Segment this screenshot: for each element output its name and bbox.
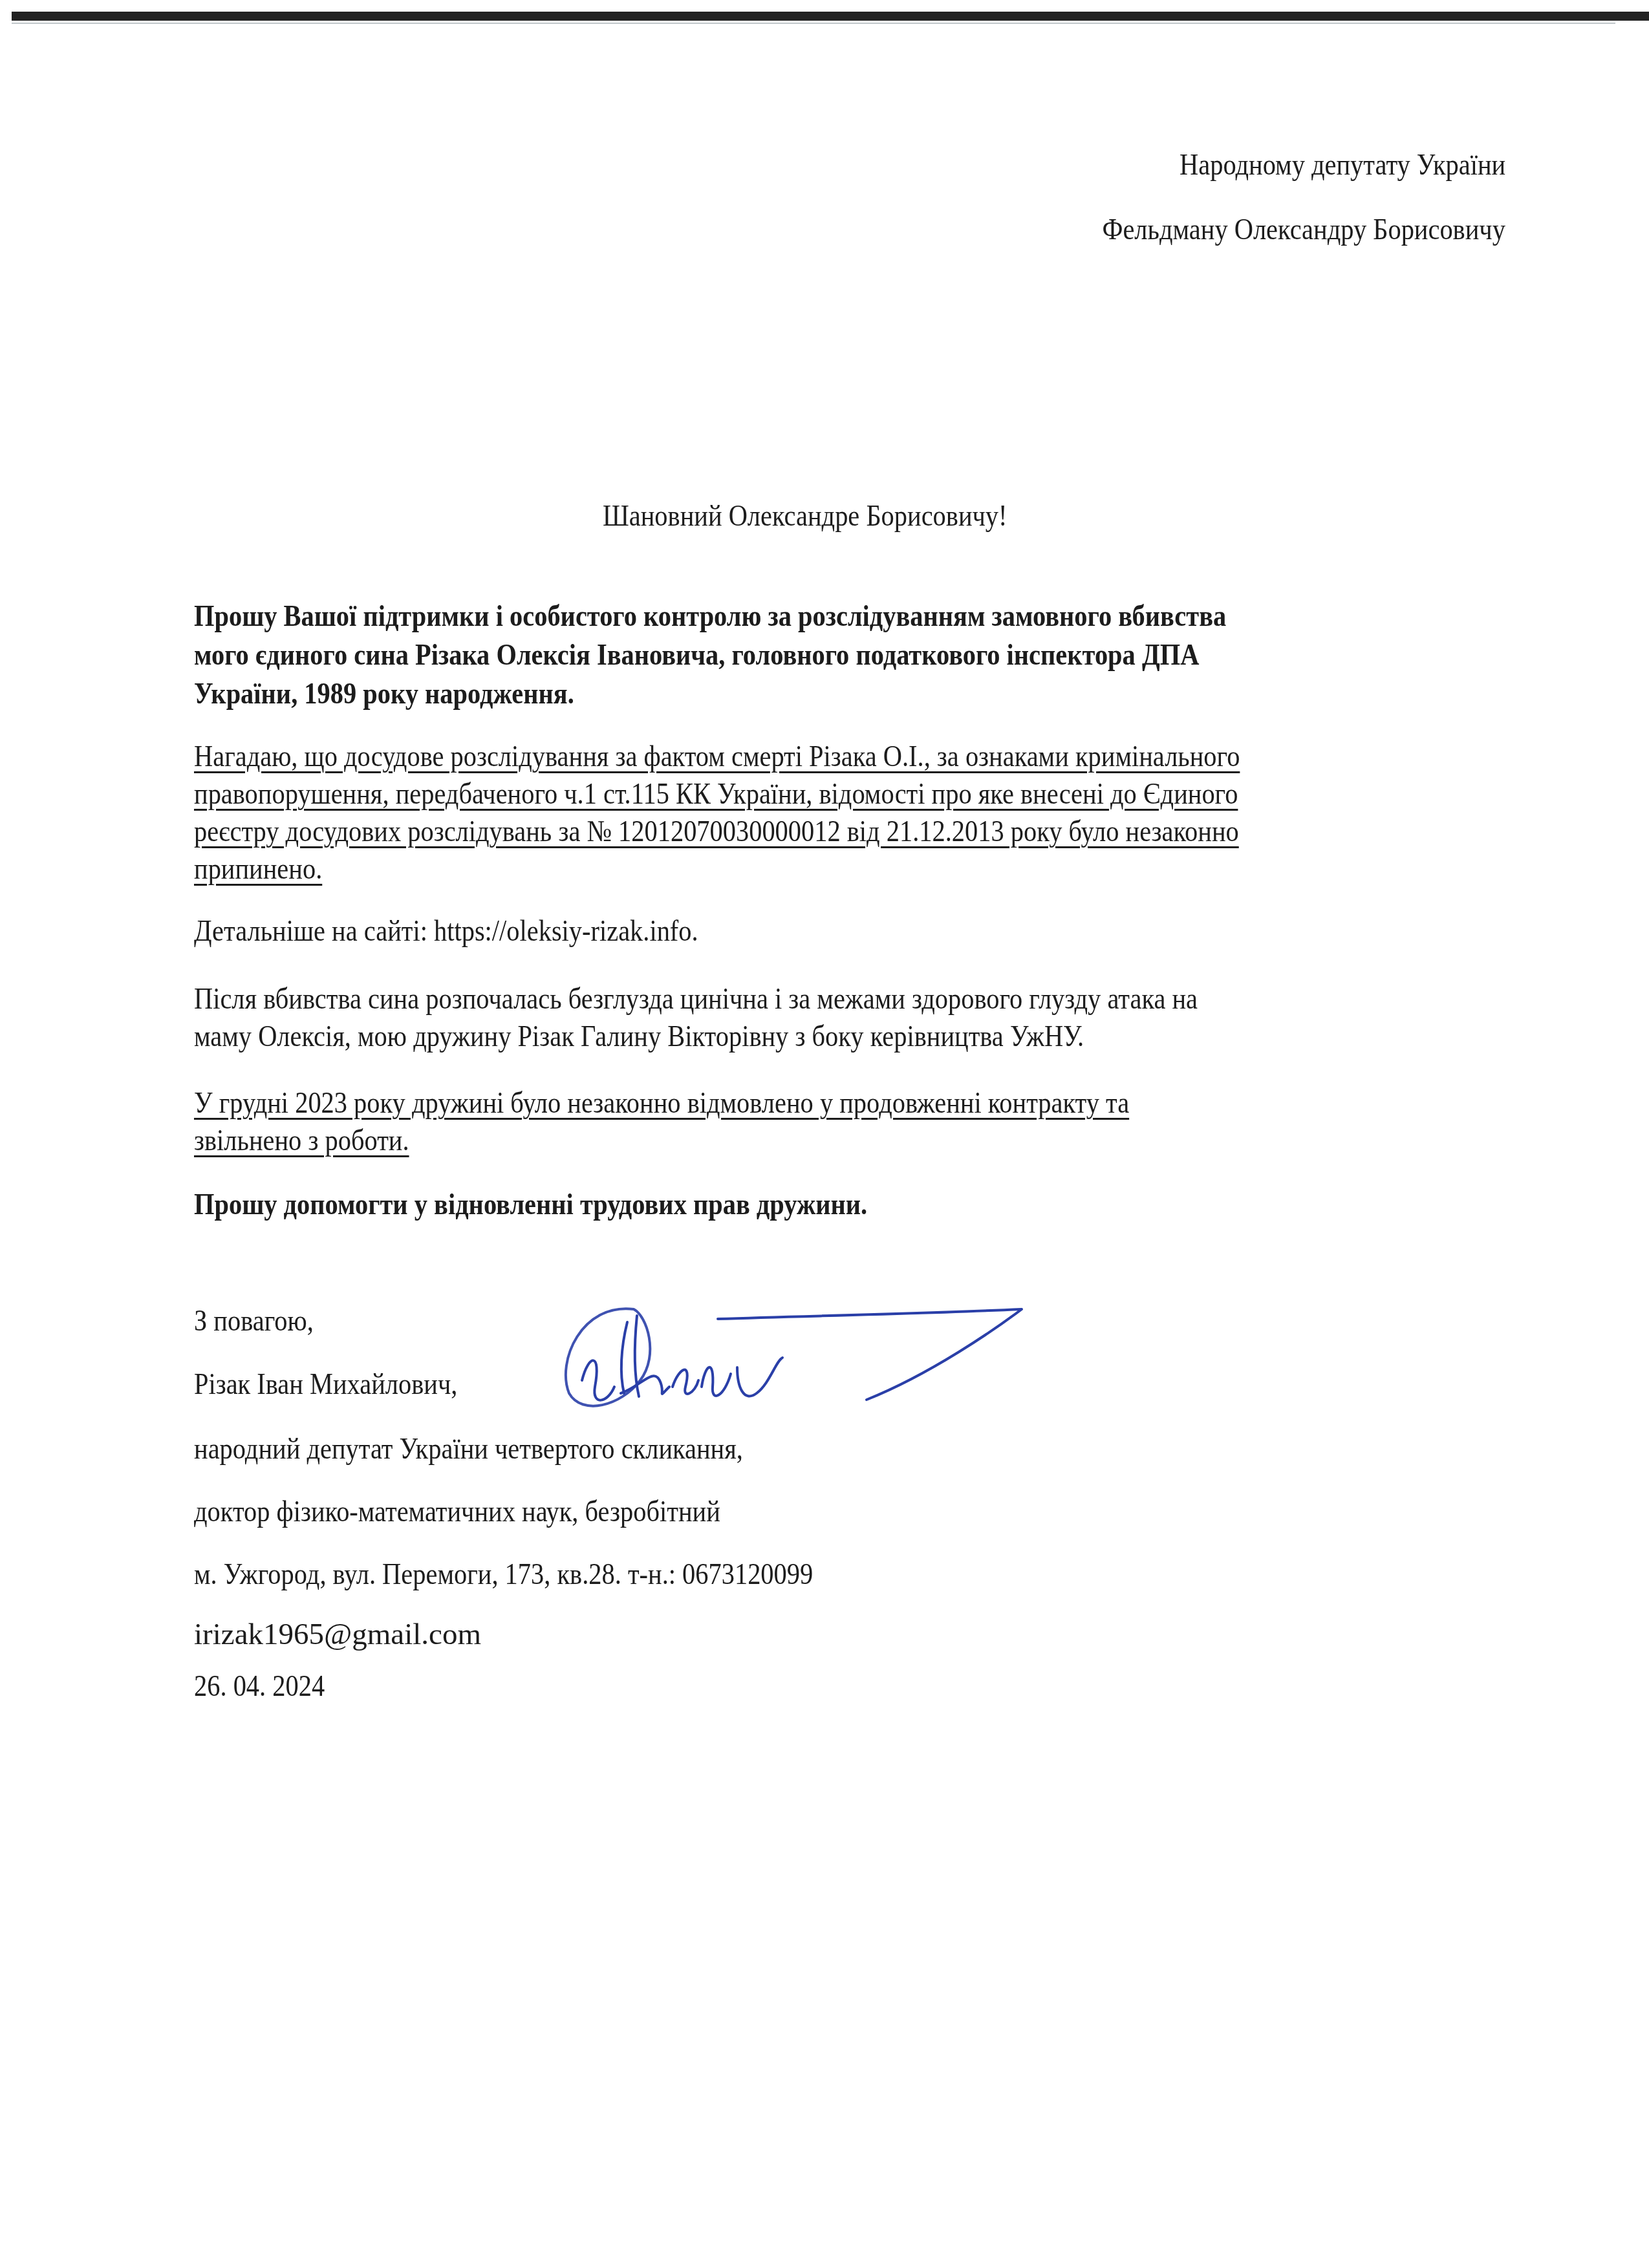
handwritten-signature xyxy=(543,1290,1061,1419)
dismissal-line-2: звільнено з роботи. xyxy=(194,1126,409,1156)
recipient-line-2: Фельдману Олександру Борисовичу xyxy=(1103,215,1505,245)
attack-line-1: Після вбивства сина розпочалась безглузд… xyxy=(194,984,1198,1014)
reminder-line-4: припинено. xyxy=(194,854,322,884)
request-line-3: України, 1989 року народження. xyxy=(194,679,574,709)
dismissal-line-1: У грудні 2023 року дружині було незаконн… xyxy=(194,1088,1129,1118)
website-line: Детальніше на сайті: https://oleksiy-riz… xyxy=(194,916,698,947)
request-line-2: мого єдиного сина Різака Олексія Іванови… xyxy=(194,640,1199,670)
scan-border-top xyxy=(12,12,1649,21)
attack-line-2: маму Олексія, мою дружину Різак Галину В… xyxy=(194,1022,1084,1052)
final-request: Прошу допомогти у відновленні трудових п… xyxy=(194,1190,867,1220)
reminder-line-3: реєстру досудових розслідувань за № 1201… xyxy=(194,817,1239,847)
letter-date: 26. 04. 2024 xyxy=(194,1671,325,1702)
reminder-line-2: правопорушення, передбаченого ч.1 ст.115… xyxy=(194,779,1238,809)
signer-title: народний депутат України четвертого скли… xyxy=(194,1434,743,1464)
recipient-line-1: Народному депутату України xyxy=(1180,150,1505,180)
scan-line xyxy=(12,23,1615,24)
signer-degree: доктор фізико-математичних наук, безробі… xyxy=(194,1497,720,1527)
signer-name: Різак Іван Михайлович, xyxy=(194,1369,457,1400)
signer-address: м. Ужгород, вул. Перемоги, 173, кв.28. т… xyxy=(194,1559,813,1590)
request-line-1: Прошу Вашої підтримки і особистого контр… xyxy=(194,601,1226,632)
closing-regards: З повагою, xyxy=(194,1306,314,1336)
signer-email: irizak1965@gmail.com xyxy=(194,1620,481,1650)
reminder-line-1: Нагадаю, що досудове розслідування за фа… xyxy=(194,742,1240,772)
salutation: Шановний Олександре Борисовичу! xyxy=(603,501,1008,531)
